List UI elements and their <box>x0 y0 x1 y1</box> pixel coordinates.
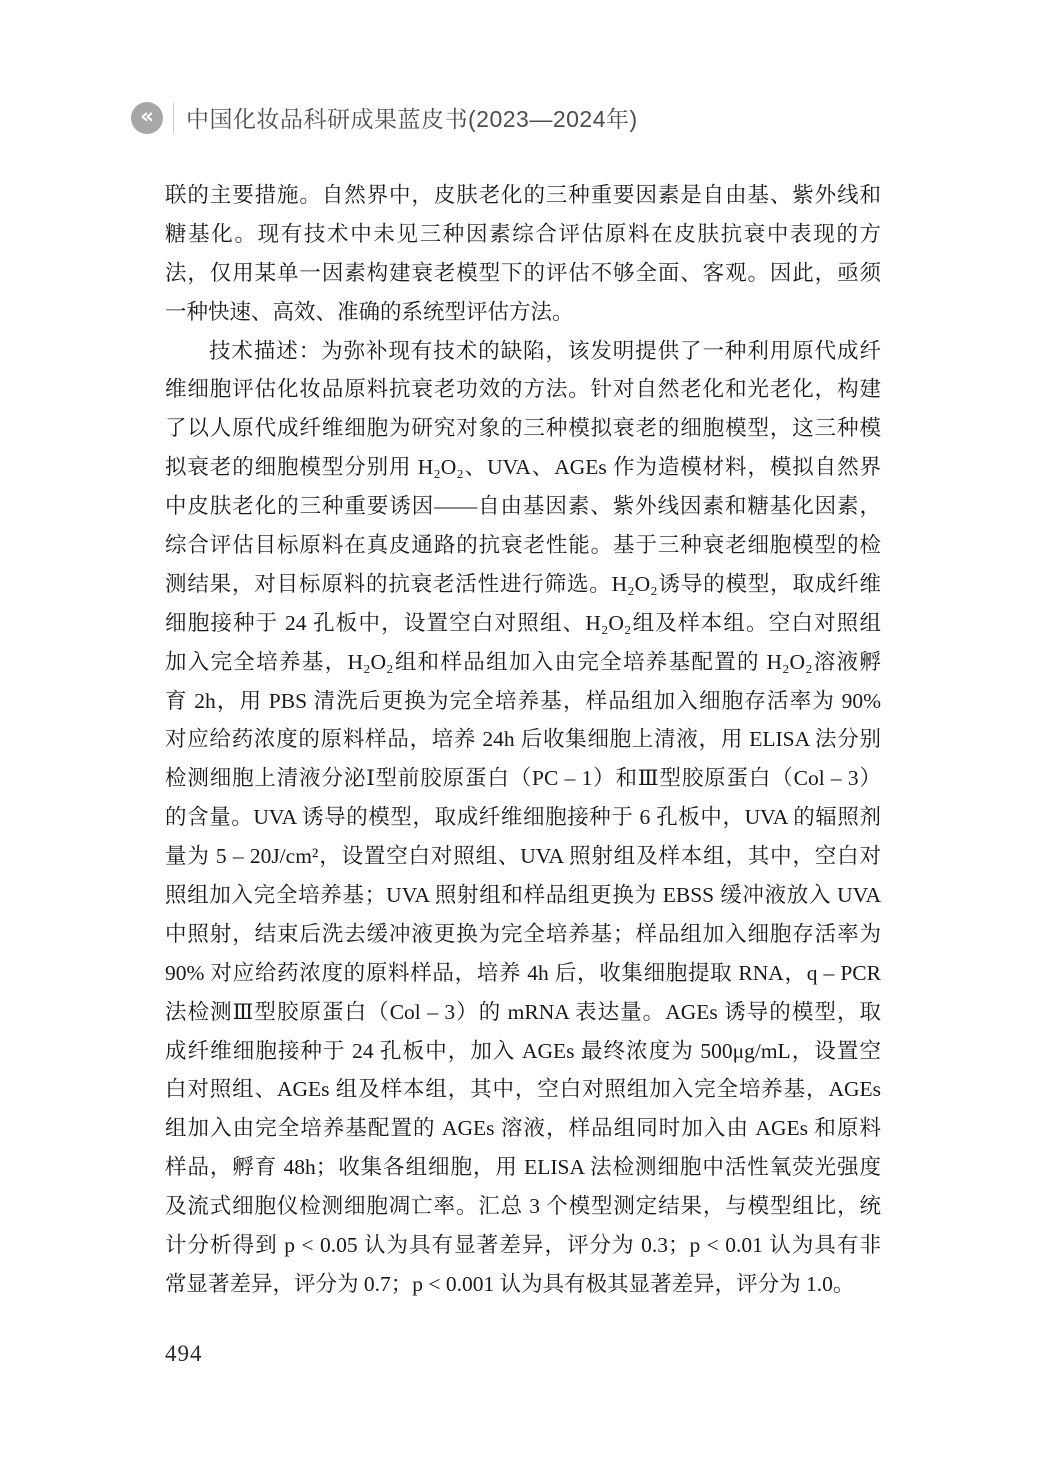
text-line: 中照射，结束后洗去缓冲液更换为完全培养基；样品组加入细胞存活率为 <box>165 915 881 954</box>
text-line: 照组加入完全培养基；UVA 照射组和样品组更换为 EBSS 缓冲液放入 UVA <box>165 876 881 915</box>
text-line: 白对照组、AGEs 组及样本组，其中，空白对照组加入完全培养基，AGEs <box>165 1070 881 1109</box>
text-line: 一种快速、高效、准确的系统型评估方法。 <box>165 293 881 332</box>
text-line: 量为 5 – 20J/cm²，设置空白对照组、UVA 照射组及样本组，其中，空白… <box>165 837 881 876</box>
text-line: 组加入由完全培养基配置的 AGEs 溶液，样品组同时加入由 AGEs 和原料 <box>165 1109 881 1148</box>
text-line: 检测细胞上清液分泌Ⅰ型前胶原蛋白（PC – 1）和Ⅲ型胶原蛋白（Col – 3） <box>165 759 881 798</box>
page-body-text: 联的主要措施。自然界中，皮肤老化的三种重要因素是自由基、紫外线和 糖基化。现有技… <box>165 176 881 1304</box>
text-line: 联的主要措施。自然界中，皮肤老化的三种重要因素是自由基、紫外线和 <box>165 176 881 215</box>
text-line: 90% 对应给药浓度的原料样品，培养 4h 后，收集细胞提取 RNA，q – P… <box>165 954 881 993</box>
page-number: 494 <box>165 1340 203 1368</box>
text-line: 拟衰老的细胞模型分别用 H₂O₂、UVA、AGEs 作为造模材料，模拟自然界 <box>165 448 881 487</box>
text-line: 育 2h，用 PBS 清洗后更换为完全培养基，样品组加入细胞存活率为 90% <box>165 682 881 721</box>
text-line: 加入完全培养基，H₂O₂组和样品组加入由完全培养基配置的 H₂O₂溶液孵 <box>165 643 881 682</box>
text-line: 维细胞评估化妆品原料抗衰老功效的方法。针对自然老化和光老化，构建 <box>165 370 881 409</box>
text-line: 综合评估目标原料在真皮通路的抗衰老性能。基于三种衰老细胞模型的检 <box>165 526 881 565</box>
running-head-title: 中国化妆品科研成果蓝皮书(2023—2024年) <box>186 101 638 134</box>
text-line: 对应给药浓度的原料样品，培养 24h 后收集细胞上清液，用 ELISA 法分别 <box>165 720 881 759</box>
header-divider <box>173 103 174 133</box>
text-line: 法检测Ⅲ型胶原蛋白（Col – 3）的 mRNA 表达量。AGEs 诱导的模型，… <box>165 993 881 1032</box>
book-page: « 中国化妆品科研成果蓝皮书(2023—2024年) 联的主要措施。自然界中，皮… <box>0 0 1045 1458</box>
text-line: 计分析得到 p < 0.05 认为具有显著差异，评分为 0.3；p < 0.01… <box>165 1226 881 1265</box>
text-line: 法，仅用某单一因素构建衰老模型下的评估不够全面、客观。因此，亟须 <box>165 254 881 293</box>
text-line: 糖基化。现有技术中未见三种因素综合评估原料在皮肤抗衰中表现的方 <box>165 215 881 254</box>
text-line: 样品，孵育 48h；收集各组细胞，用 ELISA 法检测细胞中活性氧荧光强度 <box>165 1148 881 1187</box>
paragraph: 技术描述：为弥补现有技术的缺陷，该发明提供了一种利用原代成纤 维细胞评估化妆品原… <box>165 332 881 1304</box>
running-head: « 中国化妆品科研成果蓝皮书(2023—2024年) <box>131 101 638 134</box>
double-chevron-left-icon: « <box>131 102 163 134</box>
text-line: 了以人原代成纤维细胞为研究对象的三种模拟衰老的细胞模型，这三种模 <box>165 409 881 448</box>
text-line: 技术描述：为弥补现有技术的缺陷，该发明提供了一种利用原代成纤 <box>165 332 881 371</box>
text-line: 常显著差异，评分为 0.7；p < 0.001 认为具有极其显著差异，评分为 1… <box>165 1265 881 1304</box>
text-line: 的含量。UVA 诱导的模型，取成纤维细胞接种于 6 孔板中，UVA 的辐照剂 <box>165 798 881 837</box>
text-line: 中皮肤老化的三种重要诱因——自由基因素、紫外线因素和糖基化因素， <box>165 487 881 526</box>
text-line: 成纤维细胞接种于 24 孔板中，加入 AGEs 最终浓度为 500μg/mL，设… <box>165 1032 881 1071</box>
paragraph: 联的主要措施。自然界中，皮肤老化的三种重要因素是自由基、紫外线和 糖基化。现有技… <box>165 176 881 332</box>
text-line: 测结果，对目标原料的抗衰老活性进行筛选。H₂O₂诱导的模型，取成纤维 <box>165 565 881 604</box>
text-line: 细胞接种于 24 孔板中，设置空白对照组、H₂O₂组及样本组。空白对照组 <box>165 604 881 643</box>
text-line: 及流式细胞仪检测细胞凋亡率。汇总 3 个模型测定结果，与模型组比，统 <box>165 1187 881 1226</box>
